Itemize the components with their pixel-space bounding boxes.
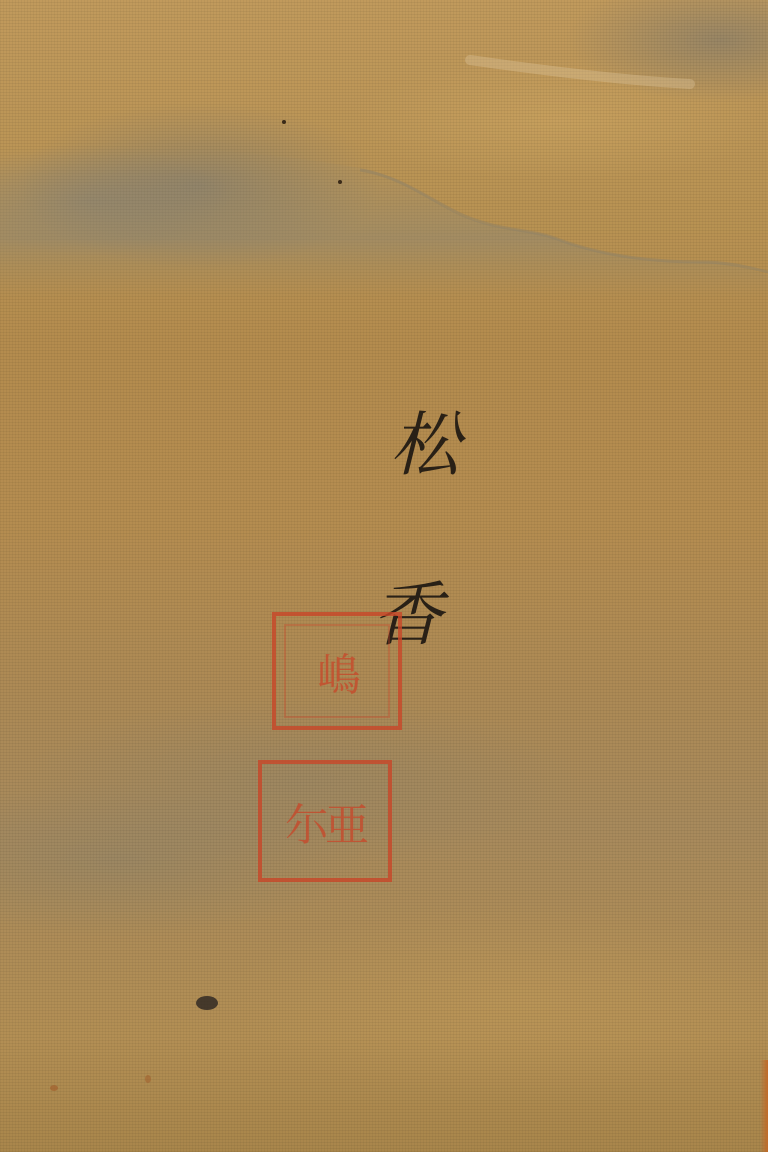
- seal-inner-border: [284, 624, 390, 718]
- red-seal-upper: 嶋: [272, 612, 402, 730]
- seal-glyphs-lower: 尓亜: [285, 789, 365, 853]
- mountain-ridge-wash: [0, 0, 768, 300]
- foxing-spot: [338, 180, 342, 184]
- ink-blot: [196, 996, 218, 1010]
- foxing-spot: [145, 1075, 151, 1083]
- foxing-spot: [282, 120, 286, 124]
- foxing-spot: [50, 1085, 58, 1091]
- frame-edge: [760, 1060, 768, 1152]
- signature-char-1: 松: [390, 410, 460, 480]
- red-seal-lower: 尓亜: [258, 760, 392, 882]
